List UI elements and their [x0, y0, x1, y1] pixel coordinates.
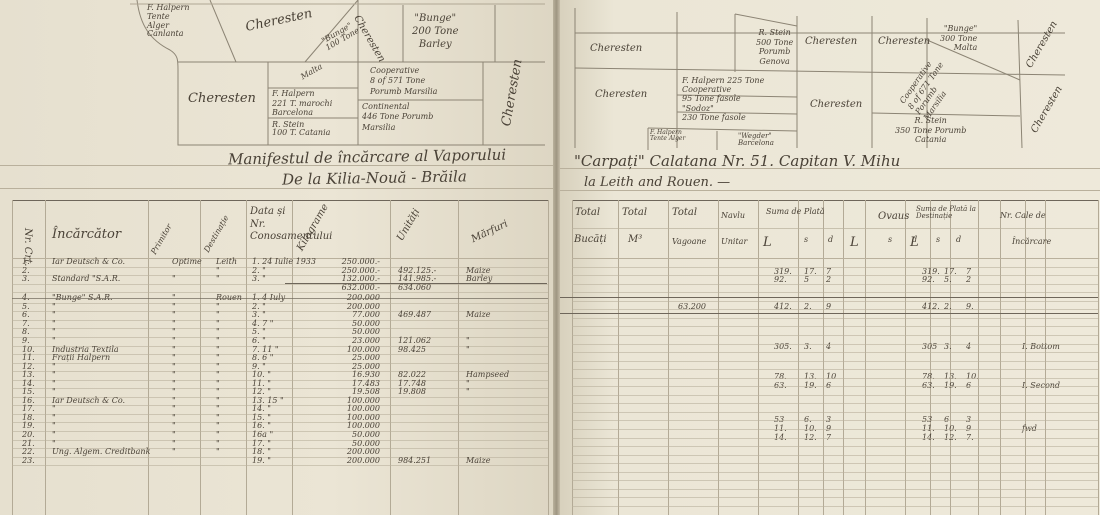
table-top-rule — [12, 200, 548, 201]
row-number: 17. — [22, 405, 35, 413]
column-rule — [1098, 200, 1099, 515]
receiver: " — [172, 448, 176, 456]
amount-pounds: 78. — [774, 373, 787, 381]
units: 121.062 — [398, 337, 431, 345]
dest-pence: 2 — [966, 276, 971, 284]
row-rule — [572, 480, 1098, 481]
row-rule — [572, 258, 1098, 259]
kilograms: 19.508 — [300, 388, 380, 396]
destination: " — [216, 328, 220, 336]
units: 98.425 — [398, 346, 426, 354]
destination: " — [216, 354, 220, 362]
lsd-header: L — [910, 236, 919, 249]
shipper: " — [52, 311, 56, 319]
row-rule — [572, 497, 1098, 498]
row-number: 23. — [22, 457, 35, 465]
receiver: " — [172, 311, 176, 319]
shipper: Ung. Algem. Creditbank — [52, 448, 150, 456]
plan-cell: "Wegder" Barcelona — [738, 133, 774, 147]
row-number: 9. — [22, 337, 30, 345]
receiver: " — [172, 431, 176, 439]
kilograms: 132.000.- — [300, 275, 380, 283]
column-rule — [843, 200, 844, 515]
plan-cell: Cheresten — [878, 37, 930, 47]
row-rule — [572, 369, 1098, 370]
header-units: Unități — [396, 207, 422, 243]
row-rule — [572, 403, 1098, 404]
row-rule — [572, 344, 1098, 345]
column-rule — [930, 200, 931, 515]
total-rule — [560, 297, 1098, 298]
receiver: " — [172, 422, 176, 430]
shipper: Frații Halpern — [52, 354, 110, 362]
column-rule — [718, 200, 719, 515]
header-total-m3-sub: M³ — [628, 235, 642, 245]
header-total-wagons-sub: Vagoane — [672, 238, 706, 246]
row-number: 22. — [22, 448, 35, 456]
row-number: 11. — [22, 354, 35, 362]
lsd-header: L — [850, 236, 859, 249]
row-number: 13. — [22, 371, 35, 379]
dest-shillings: 13. — [944, 373, 957, 381]
receiver: " — [172, 328, 176, 336]
table-row: 19."""16. "100.000 — [0, 422, 553, 431]
header-goods: Mărfuri — [470, 219, 510, 245]
column-rule — [618, 200, 619, 515]
goods: " — [466, 388, 470, 396]
amount-shillings: 13. — [804, 373, 817, 381]
column-rule — [865, 200, 866, 515]
goods: " — [466, 337, 470, 345]
plan-cell: R. Stein 100 T. Catania — [272, 121, 330, 137]
amount-shillings: 5 — [804, 276, 809, 284]
column-rule — [978, 200, 979, 515]
receiver: " — [172, 275, 176, 283]
shipper: Iar Deutsch & Co. — [52, 397, 125, 405]
table-row: 632.000.-634.060 — [0, 284, 553, 293]
plan-cell: Continental 446 Tone Porumb Marsilia — [362, 102, 433, 133]
row-rule — [572, 275, 1098, 276]
goods: Hampseed — [466, 371, 509, 379]
bill-of-lading: 3. " — [252, 311, 266, 319]
column-rule — [668, 200, 669, 515]
bill-of-lading: 3. " — [252, 275, 266, 283]
row-rule — [572, 267, 1098, 268]
column-rule — [905, 200, 906, 515]
header-loading-hold-sub: Încărcare — [1012, 238, 1051, 246]
row-rule — [572, 395, 1098, 396]
header-destination: Destinație — [203, 214, 231, 254]
row-rule — [572, 472, 1098, 473]
plan-cell: F. Halpern Tente Alger — [650, 130, 685, 142]
table-row: 17."""14. "100.000 — [0, 405, 553, 414]
lsd-header: d — [956, 236, 961, 244]
kilograms: 632.000.- — [300, 284, 380, 292]
shipper: " — [52, 388, 56, 396]
column-rule — [758, 200, 759, 515]
dest-pounds: 92. — [922, 276, 935, 284]
table-top-rule — [572, 200, 1098, 201]
plan-cell: Cooperative 8 of 571 Tone Porumb Marsili… — [370, 66, 437, 97]
header-total-pieces-sub: Bucăți — [574, 235, 607, 245]
plan-cell: Cheresten — [805, 37, 857, 47]
destination: " — [216, 388, 220, 396]
destination: " — [216, 431, 220, 439]
header-ovaus: Ovaus — [878, 212, 909, 222]
ledger-right-page: Cheresten Cheresten R. Stein 500 Tone Po… — [560, 0, 1100, 515]
ledger-left-page: F. Halpern Tente Alger Canlanta Chereste… — [0, 0, 553, 515]
receiver: " — [172, 405, 176, 413]
kilograms: 200.000 — [300, 457, 380, 465]
destination: " — [216, 448, 220, 456]
manifest-route: De la Kilia-Nouă - Brăila — [282, 169, 467, 187]
header-freight: Navlu — [721, 212, 745, 220]
shipper: " — [52, 337, 56, 345]
header-mid-rule — [572, 228, 1098, 229]
table-row: 13."""10. "16.93082.022Hampseed — [0, 371, 553, 380]
bill-of-lading: 12. " — [252, 388, 271, 396]
lsd-header: L — [763, 236, 772, 249]
table-row: 23.19. "200.000984.251Maize — [0, 457, 553, 466]
plan-cell: R. Stein 500 Tone Porumb Genova — [756, 28, 793, 66]
bill-of-lading: 16. " — [252, 422, 271, 430]
stowage-plan-right — [560, 0, 1100, 150]
plan-cell: Cheresten — [595, 90, 647, 100]
lsd-header: s — [804, 236, 808, 244]
units: 141.985.- — [398, 275, 436, 283]
shipper: " — [52, 422, 56, 430]
kilograms: 200.000 — [300, 448, 380, 456]
kilograms: 250.000.- — [300, 258, 380, 266]
kilograms: 100.000 — [300, 405, 380, 413]
plan-cell: "Bunge" 200 Tone Barley — [412, 12, 459, 51]
goods: " — [466, 346, 470, 354]
row-rule — [572, 455, 1098, 456]
bill-of-lading: 16a " — [252, 431, 273, 439]
total-rule — [285, 283, 547, 284]
row-number: 19. — [22, 422, 35, 430]
lsd-header: s — [936, 236, 940, 244]
shipper: " — [52, 431, 56, 439]
column-rule — [798, 200, 799, 515]
column-rule — [572, 200, 573, 515]
row-rule — [572, 361, 1098, 362]
destination: " — [216, 337, 220, 345]
bill-of-lading: 19. " — [252, 457, 271, 465]
units: 82.022 — [398, 371, 426, 379]
amount-pence: 2 — [826, 276, 831, 284]
bill-of-lading: 10. " — [252, 371, 271, 379]
plan-cell: F. Halpern 221 T. marochi Barcelona — [272, 89, 332, 118]
lsd-header: d — [828, 236, 833, 244]
table-row: 63.200412.2.9412.2.9. — [560, 303, 1100, 312]
kilograms: 25.000 — [300, 354, 380, 362]
ship-route: la Leith and Rouen. — — [584, 176, 730, 189]
row-rule — [572, 438, 1098, 439]
kilograms: 50.000 — [300, 431, 380, 439]
row-rule — [572, 292, 1098, 293]
column-rule — [1025, 200, 1026, 515]
amount-pence: 10 — [826, 373, 836, 381]
units: 469.487 — [398, 311, 431, 319]
row-rule — [572, 446, 1098, 447]
shipper: " — [52, 371, 56, 379]
receiver: Optime — [172, 258, 202, 266]
destination: " — [216, 275, 220, 283]
row-number: 3. — [22, 275, 30, 283]
row-rule — [572, 506, 1098, 507]
receiver: " — [172, 354, 176, 362]
row-rule — [572, 318, 1098, 319]
bill-of-lading: 5. " — [252, 328, 266, 336]
row-rule — [572, 326, 1098, 327]
header-total-wagons: Total — [672, 208, 697, 218]
receiver: " — [172, 337, 176, 345]
kilograms: 77.000 — [300, 311, 380, 319]
kilograms: 23.000 — [300, 337, 380, 345]
row-rule — [572, 489, 1098, 490]
plan-cell: Cheresten — [590, 44, 642, 54]
header-total-m3: Total — [622, 208, 647, 218]
row-number: 20. — [22, 431, 35, 439]
header-amount-destination: Suma de Plată la Destinație — [916, 206, 996, 220]
row-number: 6. — [22, 311, 30, 319]
receiver: " — [172, 371, 176, 379]
units: 634.060 — [398, 284, 431, 292]
kilograms: 16.930 — [300, 371, 380, 379]
header-amount-payable: Suma de Plată — [766, 208, 826, 216]
header-total-pieces: Total — [575, 208, 600, 218]
bill-of-lading: 14. " — [252, 405, 271, 413]
shipper: Iar Deutsch & Co. — [52, 258, 125, 266]
header-shipper: Încărcător — [52, 228, 121, 241]
dest-pounds: 78. — [922, 373, 935, 381]
dest-pence: 10. — [966, 373, 979, 381]
amount-pounds: 92. — [774, 276, 787, 284]
units: 984.251 — [398, 457, 431, 465]
ruled-line — [560, 190, 1100, 191]
row-rule — [572, 412, 1098, 413]
destination: " — [216, 422, 220, 430]
row-rule — [572, 352, 1098, 353]
row-rule — [572, 386, 1098, 387]
destination: " — [216, 405, 220, 413]
dest-shillings: 5. — [944, 276, 952, 284]
total-rule — [560, 313, 1098, 314]
header-kilograms: Kilograme — [296, 203, 331, 253]
row-rule — [572, 301, 1098, 302]
bill-of-lading: 8. 6 " — [252, 354, 274, 362]
column-rule — [950, 200, 951, 515]
row-rule — [572, 378, 1098, 379]
table-row: 8."""5. "50.000 — [0, 328, 553, 337]
table-row: 20."""16a "50.000 — [0, 431, 553, 440]
destination: " — [216, 371, 220, 379]
kilograms: 100.000 — [300, 422, 380, 430]
header-bill-of-lading: Data și Nr. Conosamentului — [250, 206, 294, 244]
plan-cell: F. Halpern 225 Tone Cooperative 95 Tone … — [682, 76, 764, 122]
plan-cell: Cheresten — [810, 100, 862, 110]
row-rule — [572, 309, 1098, 310]
ruled-line — [0, 188, 553, 189]
bill-of-lading: 18. " — [252, 448, 271, 456]
shipper: Standard "S.A.R. — [52, 275, 120, 283]
plan-cell-bow: F. Halpern Tente Alger Canlanta — [147, 4, 190, 39]
goods: Maize — [466, 457, 490, 465]
goods: Barley — [466, 275, 492, 283]
lsd-header: s — [888, 236, 892, 244]
row-rule — [572, 463, 1098, 464]
bill-of-lading: 6. " — [252, 337, 266, 345]
table-row: 6."""3. "77.000469.487Maize — [0, 311, 553, 320]
header-loading-hold: Nr. Cale de — [1000, 212, 1046, 220]
header-receiver: Primitor — [150, 223, 174, 256]
row-number: 8. — [22, 328, 30, 336]
goods: Maize — [466, 311, 490, 319]
row-number: 15. — [22, 388, 35, 396]
shipper: " — [52, 405, 56, 413]
row-rule — [572, 429, 1098, 430]
plan-cell: Cheresten — [188, 92, 256, 105]
column-rule — [1045, 200, 1046, 515]
destination: Leith — [216, 258, 237, 266]
section-rule — [12, 298, 548, 299]
header-freight-sub: Unitar — [721, 238, 747, 246]
row-rule — [572, 284, 1098, 285]
plan-cell: R. Stein 350 Tone Porumb Catania — [895, 116, 966, 145]
plan-cell: "Bunge" 300 Tone Malta — [940, 24, 977, 53]
shipper: " — [52, 328, 56, 336]
table-row: 11.Frații Halpern""8. 6 "25.000 — [0, 354, 553, 363]
column-rule — [823, 200, 824, 515]
units: 19.808 — [398, 388, 426, 396]
book-gutter — [553, 0, 560, 515]
row-number: 1. — [22, 258, 30, 266]
receiver: " — [172, 388, 176, 396]
row-rule — [572, 335, 1098, 336]
destination: " — [216, 311, 220, 319]
kilograms: 50.000 — [300, 328, 380, 336]
ship-title: "Carpați" Calatana Nr. 51. Capitan V. Mi… — [574, 154, 900, 169]
column-rule — [1000, 200, 1001, 515]
row-rule — [572, 420, 1098, 421]
